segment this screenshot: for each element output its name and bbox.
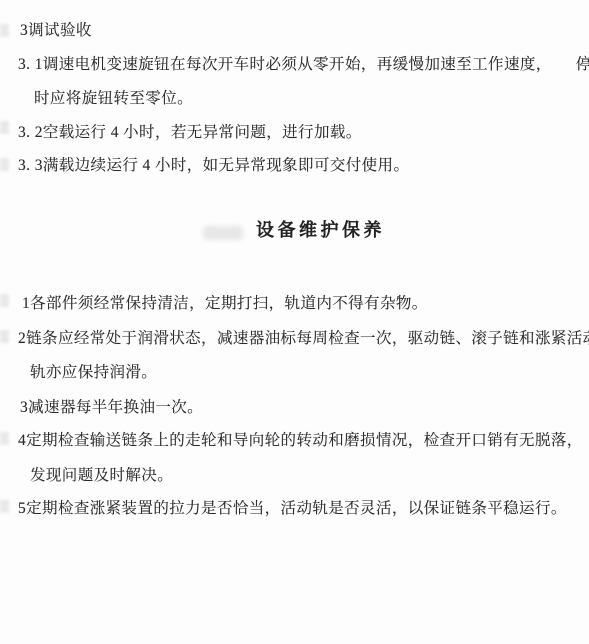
document-page: 3调试验收 3. 1调速电机变速旋钮在每次开车时必须从零开始，再缓慢加速至工作速…	[0, 0, 589, 644]
scan-artifact	[0, 294, 9, 307]
paragraph-3-2: 3. 2空载运行 4 小时，若无异常问题，进行加载。	[18, 125, 362, 141]
maintenance-item-5: 5定期检查涨紧装置的拉力是否恰当，活动轨是否灵活，以保证链条平稳运行。	[18, 501, 567, 517]
paragraph-3-3: 3. 3满载边续运行 4 小时，如无异常现象即可交付使用。	[18, 158, 409, 174]
maintenance-item-4-line1: 4定期检查输送链条上的走轮和导向轮的转动和磨损情况，检查开口销有无脱落，	[18, 433, 583, 449]
maintenance-item-1: 1各部件须经常保持清洁，定期打扫，轨道内不得有杂物。	[22, 296, 428, 312]
scan-artifact	[0, 158, 9, 171]
scan-artifact	[0, 432, 9, 445]
paragraph-3-1-line1: 3. 1调速电机变速旋钮在每次开车时必须从零开始，再缓慢加速至工作速度， 停车	[18, 57, 589, 73]
section-heading-equipment-maintenance: 设备维护保养	[256, 221, 385, 239]
scan-artifact	[0, 24, 9, 37]
scan-artifact	[0, 500, 9, 513]
scan-artifact	[0, 330, 9, 343]
section-heading-debug-acceptance: 3调试验收	[20, 23, 92, 39]
scan-artifact	[0, 121, 9, 134]
paragraph-3-1-line2: 时应将旋钮转至零位。	[34, 91, 193, 107]
maintenance-item-2-line1: 2链条应经常处于润滑状态，减速器油标每周检查一次，驱动链、滚子链和涨紧活动	[18, 331, 589, 347]
scan-smudge-artifact	[203, 226, 243, 240]
maintenance-item-4-line2: 发现问题及时解决。	[30, 468, 173, 484]
maintenance-item-2-line2: 轨亦应保持润滑。	[30, 365, 157, 381]
maintenance-item-3: 3减速器每半年换油一次。	[20, 400, 203, 416]
